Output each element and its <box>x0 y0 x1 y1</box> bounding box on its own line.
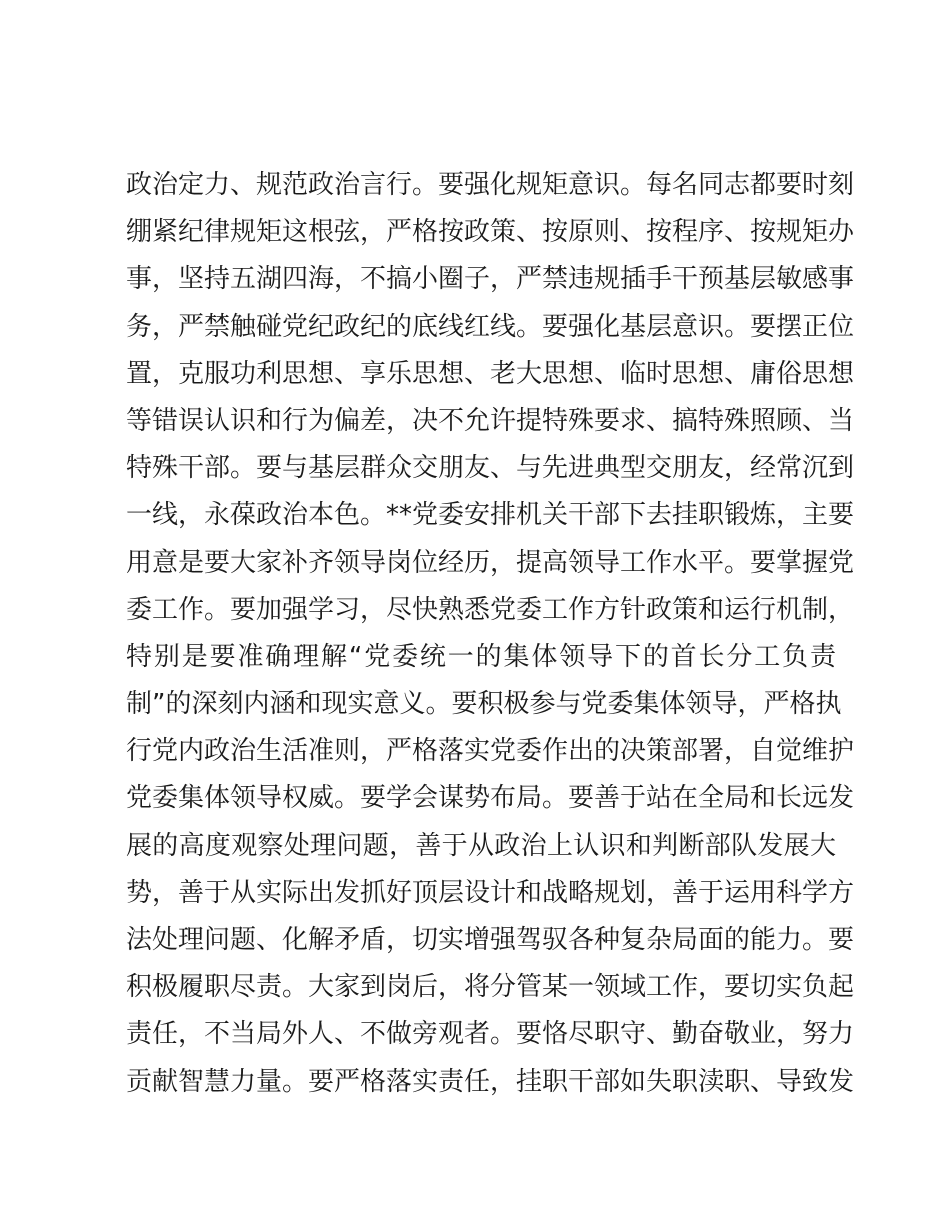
text-line: 政治定力、规范政治言行。要强化规矩意识。每名同志都要时刻 <box>126 162 836 209</box>
text-line: 积极履职尽责。大家到岗后，将分管某一领域工作，要切实负起 <box>126 964 836 1011</box>
text-line: 行党内政治生活准则，严格落实党委作出的决策部署，自觉维护 <box>126 728 836 775</box>
text-line: 特殊干部。要与基层群众交朋友、与先进典型交朋友，经常沉到 <box>126 445 836 492</box>
text-line: 绷紧纪律规矩这根弦，严格按政策、按原则、按程序、按规矩办 <box>126 209 836 256</box>
text-line: 党委集体领导权威。要学会谋势布局。要善于站在全局和长远发 <box>126 775 836 822</box>
text-line: 用意是要大家补齐领导岗位经历，提高领导工作水平。要掌握党 <box>126 540 836 587</box>
text-line: 等错误认识和行为偏差，决不允许提特殊要求、搞特殊照顾、当 <box>126 398 836 445</box>
text-line: 事，坚持五湖四海，不搞小圈子，严禁违规插手干预基层敏感事 <box>126 256 836 303</box>
text-line: 展的高度观察处理问题，善于从政治上认识和判断部队发展大 <box>126 823 836 870</box>
text-line: 法处理问题、化解矛盾，切实增强驾驭各种复杂局面的能力。要 <box>126 917 836 964</box>
text-line: 置，克服功利思想、享乐思想、老大思想、临时思想、庸俗思想 <box>126 351 836 398</box>
text-line: 委工作。要加强学习，尽快熟悉党委工作方针政策和运行机制， <box>126 587 836 634</box>
text-line: 贡献智慧力量。要严格落实责任，挂职干部如失职渎职、导致发 <box>126 1059 836 1106</box>
text-line: 一线，永葆政治本色。**党委安排机关干部下去挂职锻炼，主要 <box>126 492 836 539</box>
body-paragraph: 政治定力、规范政治言行。要强化规矩意识。每名同志都要时刻 绷紧纪律规矩这根弦，严… <box>126 162 836 1106</box>
document-page: 政治定力、规范政治言行。要强化规矩意识。每名同志都要时刻 绷紧纪律规矩这根弦，严… <box>0 0 950 1230</box>
text-line: 势，善于从实际出发抓好顶层设计和战略规划，善于运用科学方 <box>126 870 836 917</box>
text-line: 责任，不当局外人、不做旁观者。要恪尽职守、勤奋敬业，努力 <box>126 1011 836 1058</box>
text-line: 特别是要准确理解“党委统一的集体领导下的首长分工负责 <box>126 634 836 681</box>
text-line: 务，严禁触碰党纪政纪的底线红线。要强化基层意识。要摆正位 <box>126 304 836 351</box>
text-line: 制”的深刻内涵和现实意义。要积极参与党委集体领导，严格执 <box>126 681 836 728</box>
